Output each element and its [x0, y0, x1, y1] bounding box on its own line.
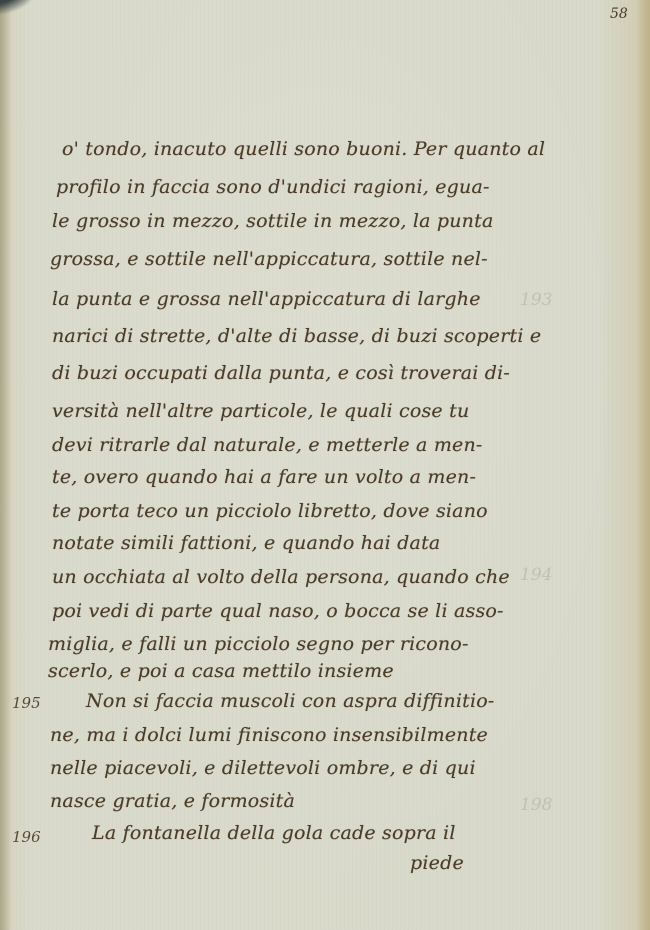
text-line: grossa, e sottile nell'appiccatura, sott…	[50, 248, 488, 270]
text-line: te, overo quando hai a fare un volto a m…	[52, 466, 476, 488]
text-line: un occhiata al volto della persona, quan…	[52, 566, 510, 588]
text-line: nelle piacevoli, e dilettevoli ombre, e …	[50, 757, 476, 779]
text-line: o' tondo, inacuto quelli sono buoni. Per…	[62, 138, 545, 160]
text-line: di buzi occupati dalla punta, e così tro…	[52, 362, 510, 384]
text-line: poi vedi di parte qual naso, o bocca se …	[52, 600, 504, 622]
text-line: la punta e grossa nell'appiccatura di la…	[52, 288, 481, 310]
text-line: notate simili fattioni, e quando hai dat…	[52, 532, 440, 554]
text-line: miglia, e falli un picciolo segno per ri…	[48, 633, 469, 655]
text-line: versità nell'altre particole, le quali c…	[52, 400, 469, 422]
text-line: narici di strette, d'alte di basse, di b…	[52, 325, 541, 347]
text-line: profilo in faccia sono d'undici ragioni,…	[56, 176, 490, 198]
manuscript-text: o' tondo, inacuto quelli sono buoni. Per…	[0, 0, 650, 930]
text-line: ne, ma i dolci lumi finiscono insensibil…	[50, 724, 488, 746]
text-line: devi ritrarle dal naturale, e metterle a…	[52, 434, 483, 456]
text-line: Non si faccia muscoli con aspra diffinit…	[86, 690, 494, 712]
text-line: La fontanella della gola cade sopra il	[92, 822, 456, 844]
text-line: te porta teco un picciolo libretto, dove…	[52, 500, 488, 522]
text-line: nasce gratia, e formosità	[50, 790, 295, 812]
text-line: piede	[410, 852, 464, 874]
text-line: scerlo, e poi a casa mettilo insieme	[48, 660, 394, 682]
text-line: le grosso in mezzo, sottile in mezzo, la…	[52, 210, 493, 232]
marginal-number: 196	[12, 828, 41, 846]
marginal-number: 195	[12, 694, 41, 712]
manuscript-page: 58 193 194 198 o' tondo, inacuto quelli …	[0, 0, 650, 930]
